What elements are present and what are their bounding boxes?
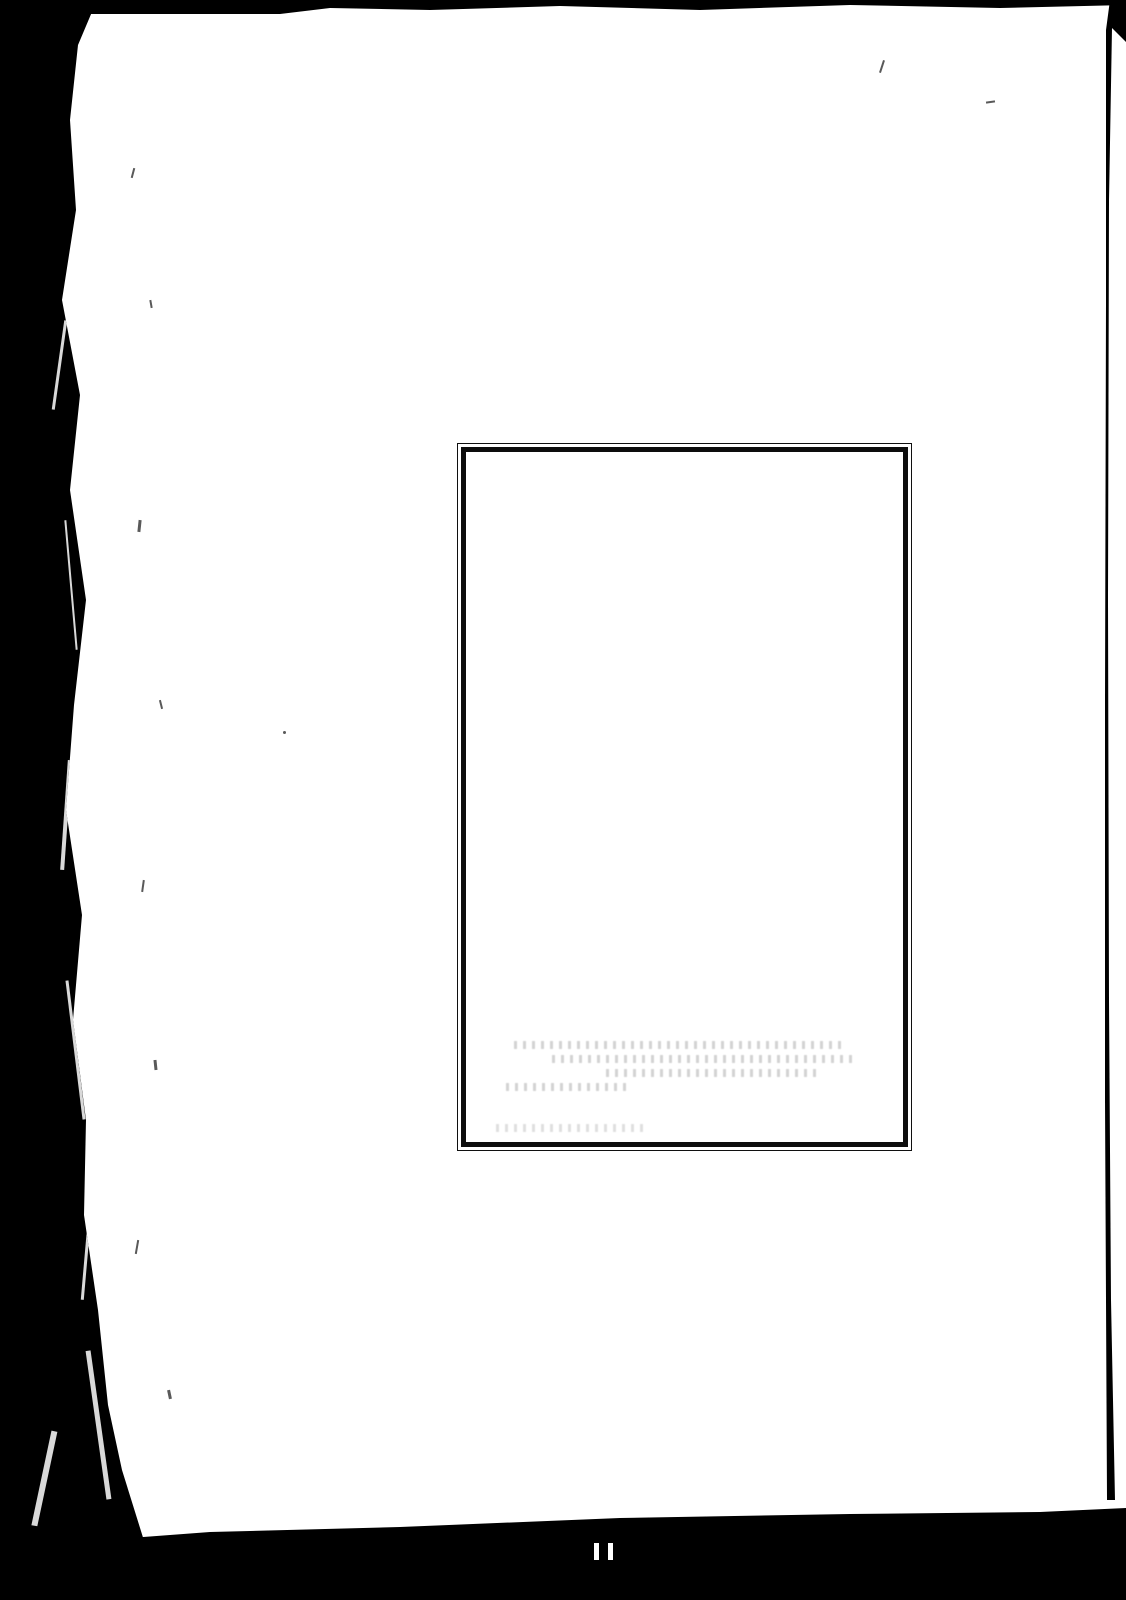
page-speck (137, 520, 141, 532)
edge-streak (81, 1180, 94, 1300)
section-letter (487, 500, 886, 530)
edge-streak (29, 1431, 58, 1540)
page-speck (141, 880, 145, 892)
left-edge-shadow (0, 0, 150, 1560)
bottom-edge-shadow (0, 1500, 1126, 1600)
page-speck (283, 731, 286, 734)
edge-streak (64, 520, 77, 650)
bottom-edge-tick (594, 1543, 599, 1560)
edge-streak (52, 320, 67, 410)
bleed-through-artifact (552, 1055, 852, 1063)
page-speck (149, 300, 152, 308)
bleed-through-artifact (496, 1124, 646, 1132)
page-speck (135, 1240, 139, 1254)
page-header (487, 458, 886, 484)
right-edge-shadow (1096, 0, 1126, 1500)
top-edge-shadow (0, 0, 1126, 14)
page-speck (131, 168, 136, 178)
bottom-edge-tick (608, 1543, 613, 1560)
page-speck (986, 100, 995, 103)
bleed-through-artifact (514, 1041, 844, 1049)
edge-streak (60, 760, 72, 870)
text-panel (457, 443, 912, 1151)
text-panel-inner (461, 447, 908, 1147)
page-speck (153, 1060, 157, 1070)
edge-streak (86, 1350, 112, 1499)
bleed-through-artifact (606, 1069, 816, 1077)
page-speck (167, 1390, 172, 1399)
edge-streak (65, 980, 85, 1119)
page-speck (879, 60, 885, 73)
bleed-through-artifact (506, 1083, 626, 1091)
scanned-book-page (0, 0, 1126, 1600)
page-speck (159, 700, 163, 709)
